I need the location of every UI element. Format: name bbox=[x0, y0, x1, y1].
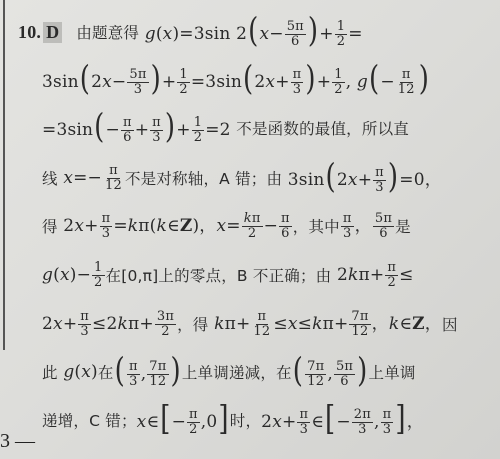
text: 在[0,π]上的零点，B 不正确；由 bbox=[106, 264, 332, 286]
text: 因 bbox=[442, 313, 458, 335]
solution-line-8: 此 g(x) 在 (π3,7π12) 上单调递减，在 (7π12,5π6) 上单… bbox=[42, 352, 416, 392]
answer-badge: D bbox=[43, 22, 62, 43]
text: 由题意得 bbox=[76, 21, 139, 43]
solution-line-5: 得 2x+π3=kπ(k∈Z)，x=kπ2−π6 ，其中 π3，5π6 是 bbox=[42, 206, 411, 246]
text: 递增，C 错； bbox=[42, 409, 137, 431]
text: ，得 bbox=[177, 313, 208, 335]
solution-line-1: 10. D 由题意得 g(x)=3sin 2(x−5π6)+12= bbox=[18, 12, 363, 52]
solution-line-9: 递增，C 错； x∈[−π2,0] 时， 2x+π3∈[−2π3,π3]， bbox=[42, 400, 424, 440]
margin-rule bbox=[3, 0, 5, 350]
page-number: 3 — bbox=[0, 430, 35, 453]
text: 得 bbox=[42, 215, 58, 237]
text: ，其中 bbox=[293, 215, 340, 237]
text: 在 bbox=[98, 361, 114, 383]
text: 是 bbox=[395, 215, 411, 237]
text: 线 bbox=[42, 167, 58, 189]
solution-line-7: 2x+π3≤2kπ+3π2 ，得 kπ+π12≤x≤kπ+7π12，k∈Z， 因 bbox=[42, 304, 458, 344]
text: 上单调递减，在 bbox=[182, 361, 292, 383]
solution-line-3: =3sin(−π6+π3)+12=2 不是函数的最值，所以直 bbox=[42, 108, 409, 148]
solution-line-4: 线 x=−π12 不是对称轴，A 错；由 3sin(2x+π3)=0， bbox=[42, 158, 442, 198]
text: 上单调 bbox=[369, 361, 416, 383]
text: 时， bbox=[230, 409, 261, 431]
text: 此 bbox=[42, 361, 58, 383]
solution-line-6: g(x)−12 在[0,π]上的零点，B 不正确；由 2kπ+π2≤ bbox=[42, 255, 414, 295]
solution-line-2: 3sin(2x−5π3)+12=3sin(2x+π3)+12, g(−π12) bbox=[42, 60, 430, 100]
question-number: 10. bbox=[18, 22, 41, 43]
text: 不是对称轴，A 错；由 bbox=[125, 167, 282, 189]
text: 不是函数的最值，所以直 bbox=[236, 117, 409, 139]
